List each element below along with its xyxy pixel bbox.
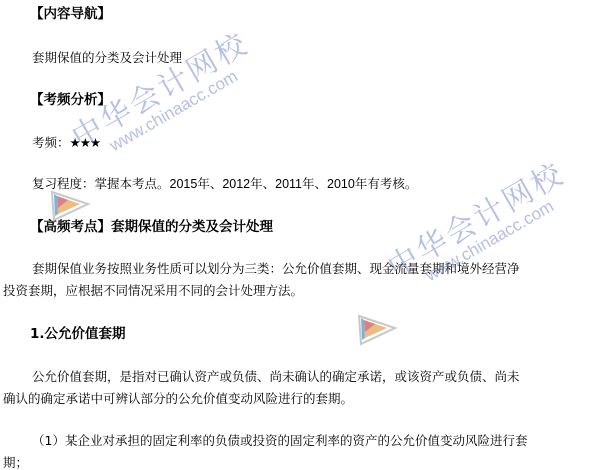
review-years: 2015年、2012年、2011年、2010年有考核。	[170, 177, 418, 191]
hot-heading: 【高频考点】套期保值的分类及会计处理	[30, 219, 273, 235]
section1-def-line-2: 确认的确定承诺中可辨认部分的公允价值变动风险进行的套期。	[3, 391, 353, 407]
intro-line-2: 投资套期，应根据不同情况采用不同的会计处理方法。	[3, 283, 303, 299]
freq-label: 考频：	[32, 135, 70, 150]
freq-heading: 【考频分析】	[30, 92, 111, 108]
section1-title: 1.公允价值套期	[30, 326, 126, 342]
watermark-url-text: www.chinaacc.com	[106, 54, 263, 156]
review-row: 复习程度：掌握本考点。2015年、2012年、2011年、2010年有考核。	[32, 176, 417, 192]
intro-line-1: 套期保值业务按照业务性质可以划分为三类：公允价值套期、现金流量套期和境外经营净	[32, 261, 520, 277]
review-label: 复习程度：掌握本考点。	[32, 176, 170, 191]
item1-line-1: （1）某企业对承担的固定利率的负债或投资的固定利率的资产的公允价值变动风险进行套	[32, 433, 527, 449]
item1-line-2: 期；	[3, 455, 28, 470]
star-rating-icon: ★★★	[70, 135, 101, 150]
freq-row: 考频：★★★	[32, 135, 100, 151]
watermark-2: 中华会计网校 www.chinaacc.com	[378, 149, 579, 300]
section1-def-line-1: 公允价值套期，是指对已确认资产或负债、尚未确认的确定承诺，或该资产或负债、尚未	[32, 369, 520, 385]
nav-heading: 【内容导航】	[30, 6, 111, 22]
nav-topic: 套期保值的分类及会计处理	[32, 50, 182, 66]
watermark-logo-icon	[355, 310, 399, 346]
